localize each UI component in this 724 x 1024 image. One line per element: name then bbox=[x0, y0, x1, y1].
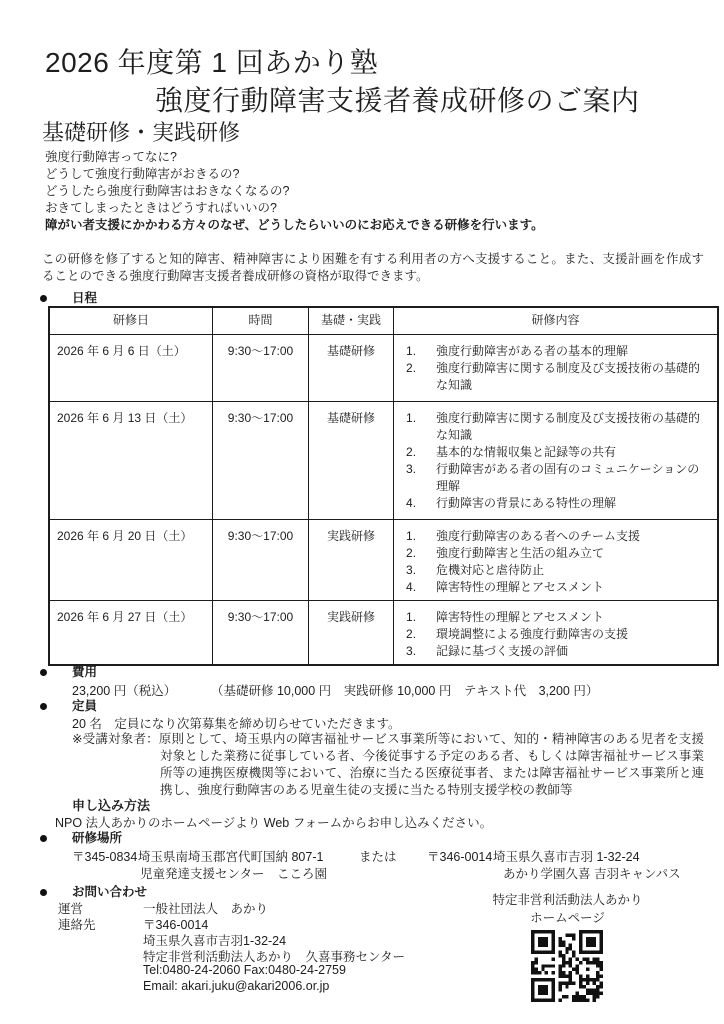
schedule-date: 2026 年 6 月 20 日（土） bbox=[49, 519, 213, 600]
capacity-note-label: ※受講対象者： bbox=[72, 732, 159, 746]
schedule-row: 2026 年 6 月 20 日（土）9:30～17:00実践研修強度行動障害のあ… bbox=[49, 519, 718, 600]
section-heading-fee: 費用 bbox=[72, 664, 97, 680]
schedule-content-item: 強度行動障害がある者の基本的理解 bbox=[406, 343, 711, 360]
schedule-content-item: 障害特性の理解とアセスメント bbox=[406, 609, 711, 626]
schedule-time: 9:30～17:00 bbox=[213, 334, 309, 401]
col-header-content: 研修内容 bbox=[394, 307, 719, 334]
schedule-content: 強度行動障害のある者へのチーム支援強度行動障害と生活の組み立て危機対応と虐待防止… bbox=[394, 519, 719, 600]
fee-breakdown: （基礎研修 10,000 円 実践研修 10,000 円 テキスト代 3,200… bbox=[211, 681, 598, 699]
page-title-line2: 強度行動障害支援者養成研修のご案内 bbox=[155, 84, 640, 118]
bullet-icon bbox=[40, 295, 47, 302]
flyer-page: { "header": { "title_line1": "2026 年度第 1… bbox=[0, 0, 724, 1024]
schedule-content-item: 行動障害がある者の固有のコミュニケーションの理解 bbox=[406, 461, 711, 495]
page-title-line1: 2026 年度第 1 回あかり塾 bbox=[45, 46, 378, 80]
page-subtitle: 基礎研修・実践研修 bbox=[42, 119, 240, 146]
intro-question-list: 強度行動障害ってなに?どうして強度行動障害がおきるの?どうしたら強度行動障害はお… bbox=[45, 149, 289, 217]
schedule-date: 2026 年 6 月 6 日（土） bbox=[49, 334, 213, 401]
col-header-date: 研修日 bbox=[49, 307, 213, 334]
col-header-time: 時間 bbox=[213, 307, 309, 334]
schedule-content-list: 強度行動障害がある者の基本的理解強度行動障害に関する制度及び支援技術の基礎的な知… bbox=[394, 343, 711, 394]
intro-question: 強度行動障害ってなに? bbox=[45, 149, 289, 166]
section-heading-application: 申し込み方法 bbox=[72, 795, 150, 814]
schedule-row: 2026 年 6 月 6 日（土）9:30～17:00基礎研修強度行動障害がある… bbox=[49, 334, 718, 401]
schedule-content-item: 強度行動障害のある者へのチーム支援 bbox=[406, 528, 711, 545]
schedule-content-item: 強度行動障害に関する制度及び支援技術の基礎的な知識 bbox=[406, 410, 711, 444]
bullet-icon bbox=[40, 835, 47, 842]
schedule-content-item: 環境調整による強度行動障害の支援 bbox=[406, 626, 711, 643]
intro-question: どうして強度行動障害がおきるの? bbox=[45, 166, 289, 183]
schedule-type: 基礎研修 bbox=[309, 401, 394, 519]
fee-total: 23,200 円（税込） bbox=[72, 681, 176, 699]
bullet-icon bbox=[40, 703, 47, 710]
intro-description: この研修を修了すると知的障害、精神障害により困難を有する利用者の方へ支援すること… bbox=[42, 251, 704, 285]
schedule-date: 2026 年 6 月 13 日（土） bbox=[49, 401, 213, 519]
venue-postal-1: 〒345-0834 bbox=[72, 847, 137, 865]
schedule-content-item: 強度行動障害に関する制度及び支援技術の基礎的な知識 bbox=[406, 360, 711, 394]
contact-detail-line: Tel:0480-24-2060 Fax:0480-24-2759 bbox=[143, 963, 346, 977]
schedule-row: 2026 年 6 月 13 日（土）9:30～17:00基礎研修強度行動障害に関… bbox=[49, 401, 718, 519]
schedule-time: 9:30～17:00 bbox=[213, 401, 309, 519]
section-heading-contact: お問い合わせ bbox=[72, 884, 147, 900]
schedule-content-list: 障害特性の理解とアセスメント環境調整による強度行動障害の支援記録に基づく支援の評… bbox=[394, 609, 711, 660]
schedule-type: 基礎研修 bbox=[309, 334, 394, 401]
intro-question: おきてしまったときはどうすればいいの? bbox=[45, 200, 289, 217]
schedule-row: 2026 年 6 月 27 日（土）9:30～17:00実践研修障害特性の理解と… bbox=[49, 600, 718, 665]
section-heading-schedule: 日程 bbox=[72, 290, 97, 306]
application-text: NPO 法人あかりのホームページより Web フォームからお申し込みください。 bbox=[55, 813, 492, 831]
venue-address-1: 埼玉県南埼玉郡宮代町国納 807-1 bbox=[138, 847, 323, 865]
intro-question: どうしたら強度行動障害はおきなくなるの? bbox=[45, 183, 289, 200]
contact-contact-label: 連絡先 bbox=[58, 915, 96, 933]
qr-caption-line2: ホームページ bbox=[490, 909, 645, 927]
schedule-content-list: 強度行動障害のある者へのチーム支援強度行動障害と生活の組み立て危機対応と虐待防止… bbox=[394, 528, 711, 596]
qr-caption-line1: 特定非営利活動法人あかり bbox=[490, 891, 645, 909]
schedule-content: 障害特性の理解とアセスメント環境調整による強度行動障害の支援記録に基づく支援の評… bbox=[394, 600, 719, 665]
section-heading-capacity: 定員 bbox=[72, 698, 97, 714]
schedule-type: 実践研修 bbox=[309, 519, 394, 600]
schedule-type: 実践研修 bbox=[309, 600, 394, 665]
intro-bold-line: 障がい者支援にかかわる方々のなぜ、どうしたらいいのにお応えできる研修を行います。 bbox=[45, 217, 544, 234]
qr-code bbox=[531, 930, 603, 1002]
schedule-content-item: 強度行動障害と生活の組み立て bbox=[406, 545, 711, 562]
contact-detail-line: Email: akari.juku@akari2006.or.jp bbox=[143, 979, 329, 993]
schedule-content: 強度行動障害に関する制度及び支援技術の基礎的な知識基本的な情報収集と記録等の共有… bbox=[394, 401, 719, 519]
qr-caption: 特定非営利活動法人あかり ホームページ bbox=[490, 891, 645, 927]
schedule-content-item: 行動障害の背景にある特性の理解 bbox=[406, 495, 711, 512]
capacity-note-text: 原則として、埼玉県内の障害福祉サービス事業所等において、知的・精神障害のある児者… bbox=[159, 732, 704, 797]
section-heading-venue: 研修場所 bbox=[72, 830, 122, 846]
venue-site-2: あかり学園久喜 吉羽キャンパス bbox=[503, 864, 681, 882]
schedule-header-row: 研修日 時間 基礎・実践 研修内容 bbox=[49, 307, 718, 334]
schedule-content-item: 記録に基づく支援の評価 bbox=[406, 643, 711, 660]
schedule-content-item: 障害特性の理解とアセスメント bbox=[406, 579, 711, 596]
capacity-text: 20 名 定員になり次第募集を締め切らせていただきます。 bbox=[72, 714, 401, 732]
schedule-content-item: 危機対応と虐待防止 bbox=[406, 562, 711, 579]
venue-address-2: 埼玉県久喜市吉羽 1-32-24 bbox=[493, 847, 640, 865]
venue-site-1: 児童発達支援センター こころ園 bbox=[140, 864, 327, 882]
col-header-type: 基礎・実践 bbox=[309, 307, 394, 334]
schedule-time: 9:30～17:00 bbox=[213, 519, 309, 600]
capacity-note: ※受講対象者：原則として、埼玉県内の障害福祉サービス事業所等において、知的・精神… bbox=[72, 731, 704, 799]
schedule-date: 2026 年 6 月 27 日（土） bbox=[49, 600, 213, 665]
schedule-content-list: 強度行動障害に関する制度及び支援技術の基礎的な知識基本的な情報収集と記録等の共有… bbox=[394, 410, 711, 512]
venue-postal-2: 〒346-0014 bbox=[427, 847, 492, 865]
venue-or: または bbox=[359, 847, 397, 865]
bullet-icon bbox=[40, 669, 47, 676]
schedule-content: 強度行動障害がある者の基本的理解強度行動障害に関する制度及び支援技術の基礎的な知… bbox=[394, 334, 719, 401]
schedule-table: 研修日 時間 基礎・実践 研修内容 2026 年 6 月 6 日（土）9:30～… bbox=[48, 306, 719, 666]
schedule-time: 9:30～17:00 bbox=[213, 600, 309, 665]
schedule-content-item: 基本的な情報収集と記録等の共有 bbox=[406, 444, 711, 461]
bullet-icon bbox=[40, 889, 47, 896]
